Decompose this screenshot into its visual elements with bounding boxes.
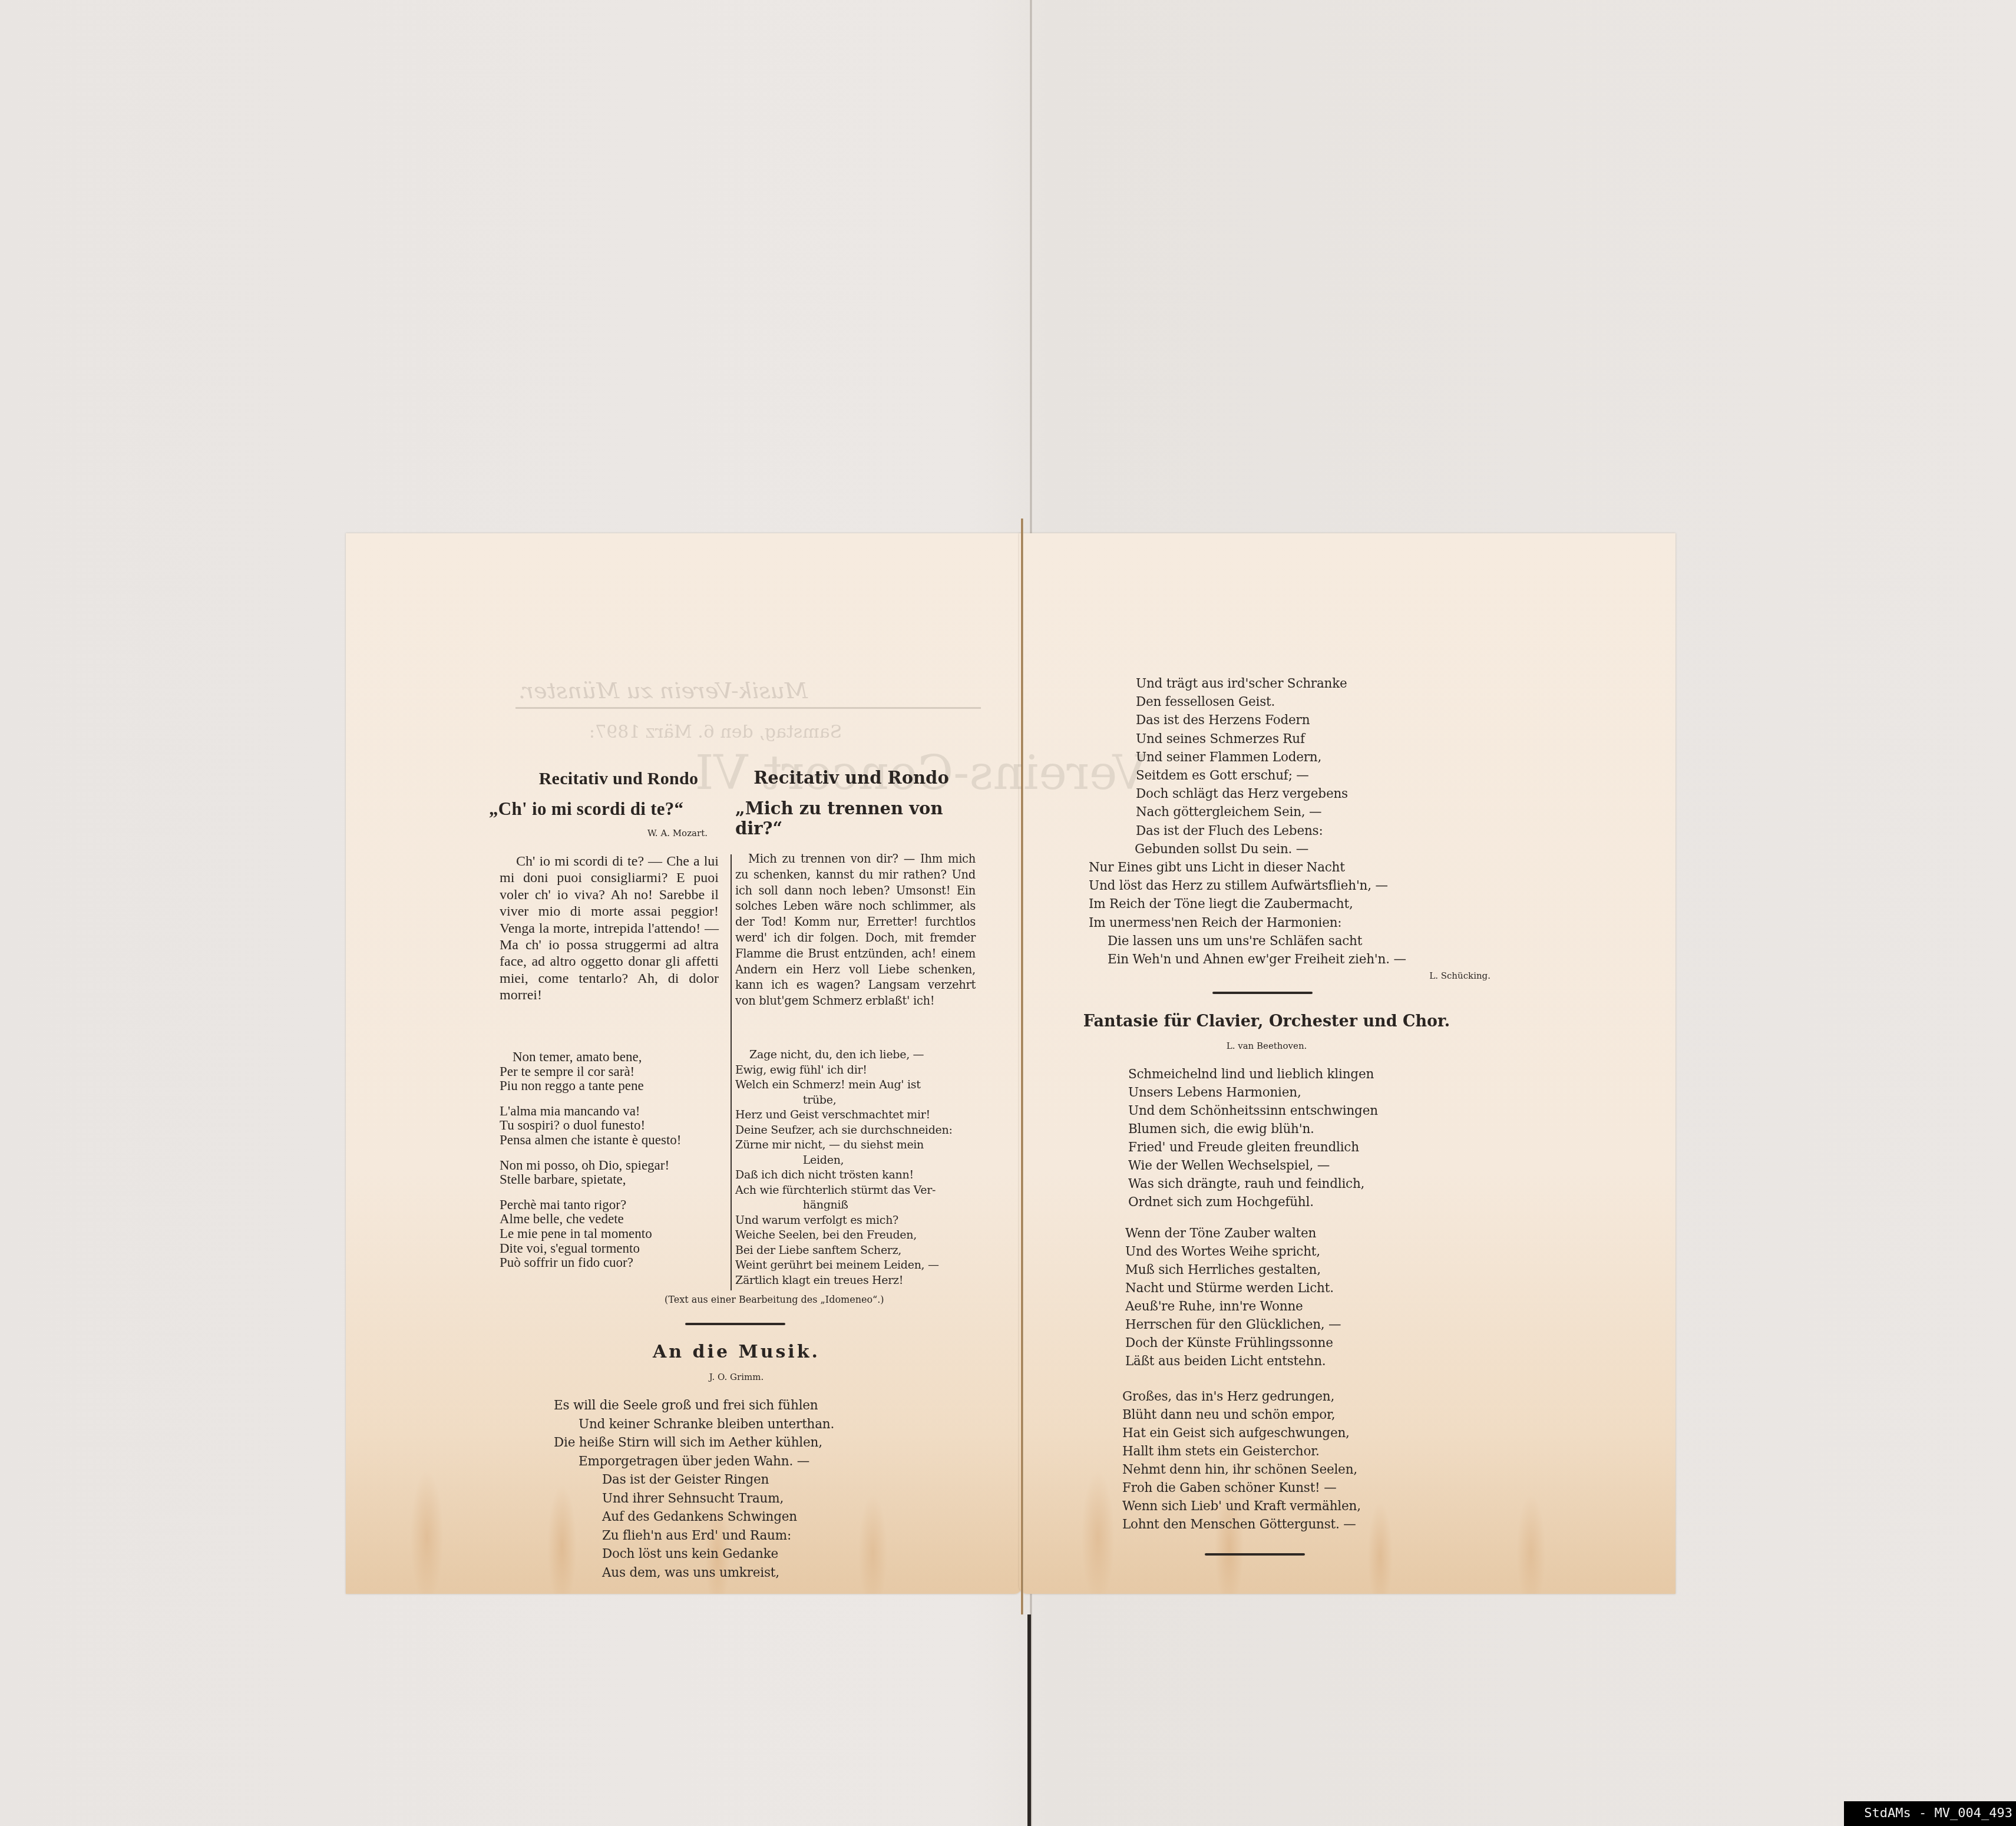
- poem-line: Nur Eines gibt uns Licht in dieser Nacht: [1071, 858, 1483, 877]
- rondo-line: Leiden,: [735, 1153, 977, 1168]
- poem-line: Und seiner Flammen Lodern,: [1071, 748, 1483, 767]
- fantasie-stanza-3: Großes, das in's Herz gedrungen, Blüht d…: [1122, 1388, 1464, 1534]
- rondo-line: Zärtlich klagt ein treues Herz!: [735, 1273, 977, 1289]
- rondo-line: Weiche Seelen, bei den Freuden,: [735, 1228, 977, 1243]
- rondo-line: L'alma mia mancando va!: [500, 1104, 729, 1119]
- an-die-musik-title: An die Musik.: [589, 1342, 884, 1362]
- poem-line: Ordnet sich zum Hochgefühl.: [1128, 1193, 1458, 1211]
- poem-line: Was sich drängte, rauh und feindlich,: [1128, 1175, 1458, 1193]
- rondo-line: Deine Seufzer, ach sie durchschneiden:: [735, 1123, 977, 1138]
- poem-line: Das ist der Fluch des Lebens:: [1071, 822, 1483, 840]
- recitativ-title-german: Recitativ und Rondo: [733, 768, 969, 788]
- poem-line: Wenn sich Lieb' und Kraft vermählen,: [1122, 1497, 1464, 1515]
- poem-line: Nacht und Stürme werden Licht.: [1125, 1279, 1455, 1297]
- poem-line: Doch löst uns kein Gedanke: [554, 1545, 966, 1564]
- poem-line: Froh die Gaben schöner Kunst! —: [1122, 1479, 1464, 1497]
- poem-line: Das ist des Herzens Fodern: [1071, 711, 1483, 729]
- bleed-through-header: Musik-Verein zu Münster.: [518, 678, 808, 704]
- poem-line: Aus dem, was uns umkreist,: [554, 1564, 966, 1583]
- poem-line: Doch schlägt das Herz vergebens: [1071, 785, 1483, 803]
- poem-line: Hallt ihm stets ein Geisterchor.: [1122, 1442, 1464, 1461]
- composer-beethoven: L. van Beethoven.: [1202, 1041, 1331, 1051]
- rondo-line: Herz und Geist verschmachtet mir!: [735, 1108, 977, 1123]
- rondo-line: Und warum verfolgt es mich?: [735, 1213, 977, 1229]
- rondo-line: Le mie pene in tal momento: [500, 1227, 729, 1241]
- poem-line: Im Reich der Töne liegt die Zaubermacht,: [1071, 895, 1483, 913]
- rondo-line: Perchè mai tanto rigor?: [500, 1198, 729, 1213]
- rondo-line: Bei der Liebe sanftem Scherz,: [735, 1243, 977, 1259]
- poem-line: Seitdem es Gott erschuf; —: [1071, 767, 1483, 785]
- poem-line: Wenn der Töne Zauber walten: [1125, 1224, 1455, 1243]
- poem-line: Im unermess'nen Reich der Harmonien:: [1071, 914, 1483, 932]
- an-die-musik-poem: Es will die Seele groß und frei sich füh…: [554, 1396, 966, 1582]
- poem-line: Schmeichelnd lind und lieblich klingen: [1128, 1065, 1458, 1084]
- poem-line: Doch der Künste Frühlingssonne: [1125, 1334, 1455, 1352]
- poem-line: Fried' und Freude gleiten freundlich: [1128, 1138, 1458, 1157]
- poem-line: Den fessellosen Geist.: [1071, 693, 1483, 711]
- italian-rondo: Non temer, amato bene, Per te sempre il …: [500, 1050, 729, 1270]
- poem-line: Großes, das in's Herz gedrungen,: [1122, 1388, 1464, 1406]
- column-divider: [731, 854, 732, 1290]
- poem-line: Wie der Wellen Wechselspiel, —: [1128, 1157, 1458, 1175]
- poem-line: Hat ein Geist sich aufgeschwungen,: [1122, 1424, 1464, 1442]
- rondo-line: Daß ich dich nicht trösten kann!: [735, 1168, 977, 1183]
- poem-line: Es will die Seele groß und frei sich füh…: [554, 1396, 966, 1415]
- poem-line: Und seines Schmerzes Ruf: [1071, 730, 1483, 748]
- author-grimm: J. O. Grimm.: [648, 1372, 825, 1382]
- poem-line: Und dem Schönheitssinn entschwingen: [1128, 1102, 1458, 1120]
- an-die-musik-continuation: Und trägt aus ird'scher Schranke Den fes…: [1071, 675, 1483, 969]
- rondo-line: trübe,: [735, 1093, 977, 1108]
- scan-center-fold-shadow: [1027, 1614, 1031, 1826]
- poem-line: Und keiner Schranke bleiben unterthan.: [554, 1415, 966, 1434]
- section-divider: [685, 1323, 785, 1325]
- fantasie-title: Fantasie für Clavier, Orchester und Chor…: [1078, 1012, 1455, 1031]
- rondo-line: Alme belle, che vedete: [500, 1212, 729, 1227]
- poem-line: Und löst das Herz zu stillem Aufwärtsfli…: [1071, 877, 1483, 895]
- bleed-through-rule: [515, 707, 981, 709]
- poem-line: Die heiße Stirn will sich im Aether kühl…: [554, 1434, 966, 1452]
- poem-line: Blumen sich, die ewig blüh'n.: [1128, 1120, 1458, 1138]
- recitativ-title-italian: Recitativ und Rondo: [507, 769, 731, 789]
- rondo-line: Zürne mir nicht, — du siehst mein: [735, 1138, 977, 1153]
- subtitle-italian: „Ch' io mi scordi di te?“: [489, 798, 736, 820]
- german-recitativ-text: Mich zu trennen von dir? — Ihm mich zu s…: [735, 851, 976, 1009]
- end-divider: [1205, 1553, 1305, 1556]
- rondo-line: Non temer, amato bene,: [500, 1050, 729, 1065]
- composer-mozart: W. A. Mozart.: [589, 828, 766, 838]
- rondo-line: Può soffrir un fido cuor?: [500, 1256, 729, 1270]
- poem-line: Lohnt den Menschen Göttergunst. —: [1122, 1515, 1464, 1534]
- rondo-line: Dite voi, s'egual tormento: [500, 1241, 729, 1256]
- poem-line: Und des Wortes Weihe spricht,: [1125, 1243, 1455, 1261]
- section-divider: [1212, 992, 1313, 994]
- rondo-line: Pensa almen che istante è questo!: [500, 1133, 729, 1148]
- rondo-line: Non mi posso, oh Dio, spiegar!: [500, 1158, 729, 1173]
- fantasie-stanza-2: Wenn der Töne Zauber walten Und des Wort…: [1125, 1224, 1455, 1371]
- subtitle-german: „Mich zu trennen von dir?“: [735, 798, 983, 838]
- poem-line: Emporgetragen über jeden Wahn. —: [554, 1452, 966, 1471]
- rondo-line: Ach wie fürchterlich stürmt das Ver-: [735, 1183, 977, 1198]
- book-gutter: [1021, 519, 1023, 1614]
- poem-line: Aeuß're Ruhe, inn're Wonne: [1125, 1297, 1455, 1316]
- signature-schuecking: L. Schücking.: [1373, 970, 1490, 981]
- fantasie-stanza-1: Schmeichelnd lind und lieblich klingen U…: [1128, 1065, 1458, 1211]
- poem-line: Blüht dann neu und schön empor,: [1122, 1406, 1464, 1424]
- poem-line: Herrschen für den Glücklichen, —: [1125, 1316, 1455, 1334]
- rondo-line: Piu non reggo a tante pene: [500, 1079, 729, 1094]
- poem-line: Muß sich Herrliches gestalten,: [1125, 1261, 1455, 1279]
- poem-line: Und ihrer Sehnsucht Traum,: [554, 1490, 966, 1508]
- german-rondo: Zage nicht, du, den ich liebe, — Ewig, e…: [735, 1048, 977, 1288]
- rondo-line: Tu sospiri? o duol funesto!: [500, 1118, 729, 1133]
- poem-line: Nehmt denn hin, ihr schönen Seelen,: [1122, 1461, 1464, 1479]
- italian-recitativ-text: Ch' io mi scordi di te? — Che a lui mi d…: [500, 853, 719, 1004]
- poem-line: Läßt aus beiden Licht entstehn.: [1125, 1352, 1455, 1371]
- poem-line: Nach göttergleichem Sein, —: [1071, 803, 1483, 821]
- poem-line: Das ist der Geister Ringen: [554, 1471, 966, 1490]
- poem-line: Auf des Gedankens Schwingen: [554, 1508, 966, 1527]
- poem-line: Unsers Lebens Harmonien,: [1128, 1084, 1458, 1102]
- poem-line: Die lassen uns um uns're Schläfen sacht: [1071, 932, 1483, 950]
- rondo-line: Welch ein Schmerz! mein Aug' ist: [735, 1078, 977, 1093]
- archive-id-label: StdAMs - MV_004_493: [1844, 1801, 2016, 1826]
- rondo-line: Ewig, ewig fühl' ich dir!: [735, 1063, 977, 1078]
- rondo-line: Per te sempre il cor sarà!: [500, 1065, 729, 1079]
- rondo-line: Stelle barbare, spietate,: [500, 1173, 729, 1187]
- rondo-line: Zage nicht, du, den ich liebe, —: [735, 1048, 977, 1063]
- poem-line: Ein Weh'n und Ahnen ew'ger Freiheit zieh…: [1071, 950, 1483, 969]
- rondo-line: Weint gerührt bei meinem Leiden, —: [735, 1258, 977, 1273]
- source-note: (Text aus einer Bearbeitung des „Idomene…: [665, 1294, 959, 1305]
- bleed-through-date: Samstag, den 6. März 1897:: [589, 722, 842, 742]
- poem-line: Gebunden sollst Du sein. —: [1071, 840, 1483, 858]
- rondo-line: hängniß: [735, 1198, 977, 1213]
- poem-line: Und trägt aus ird'scher Schranke: [1071, 675, 1483, 693]
- poem-line: Zu flieh'n aus Erd' und Raum:: [554, 1527, 966, 1546]
